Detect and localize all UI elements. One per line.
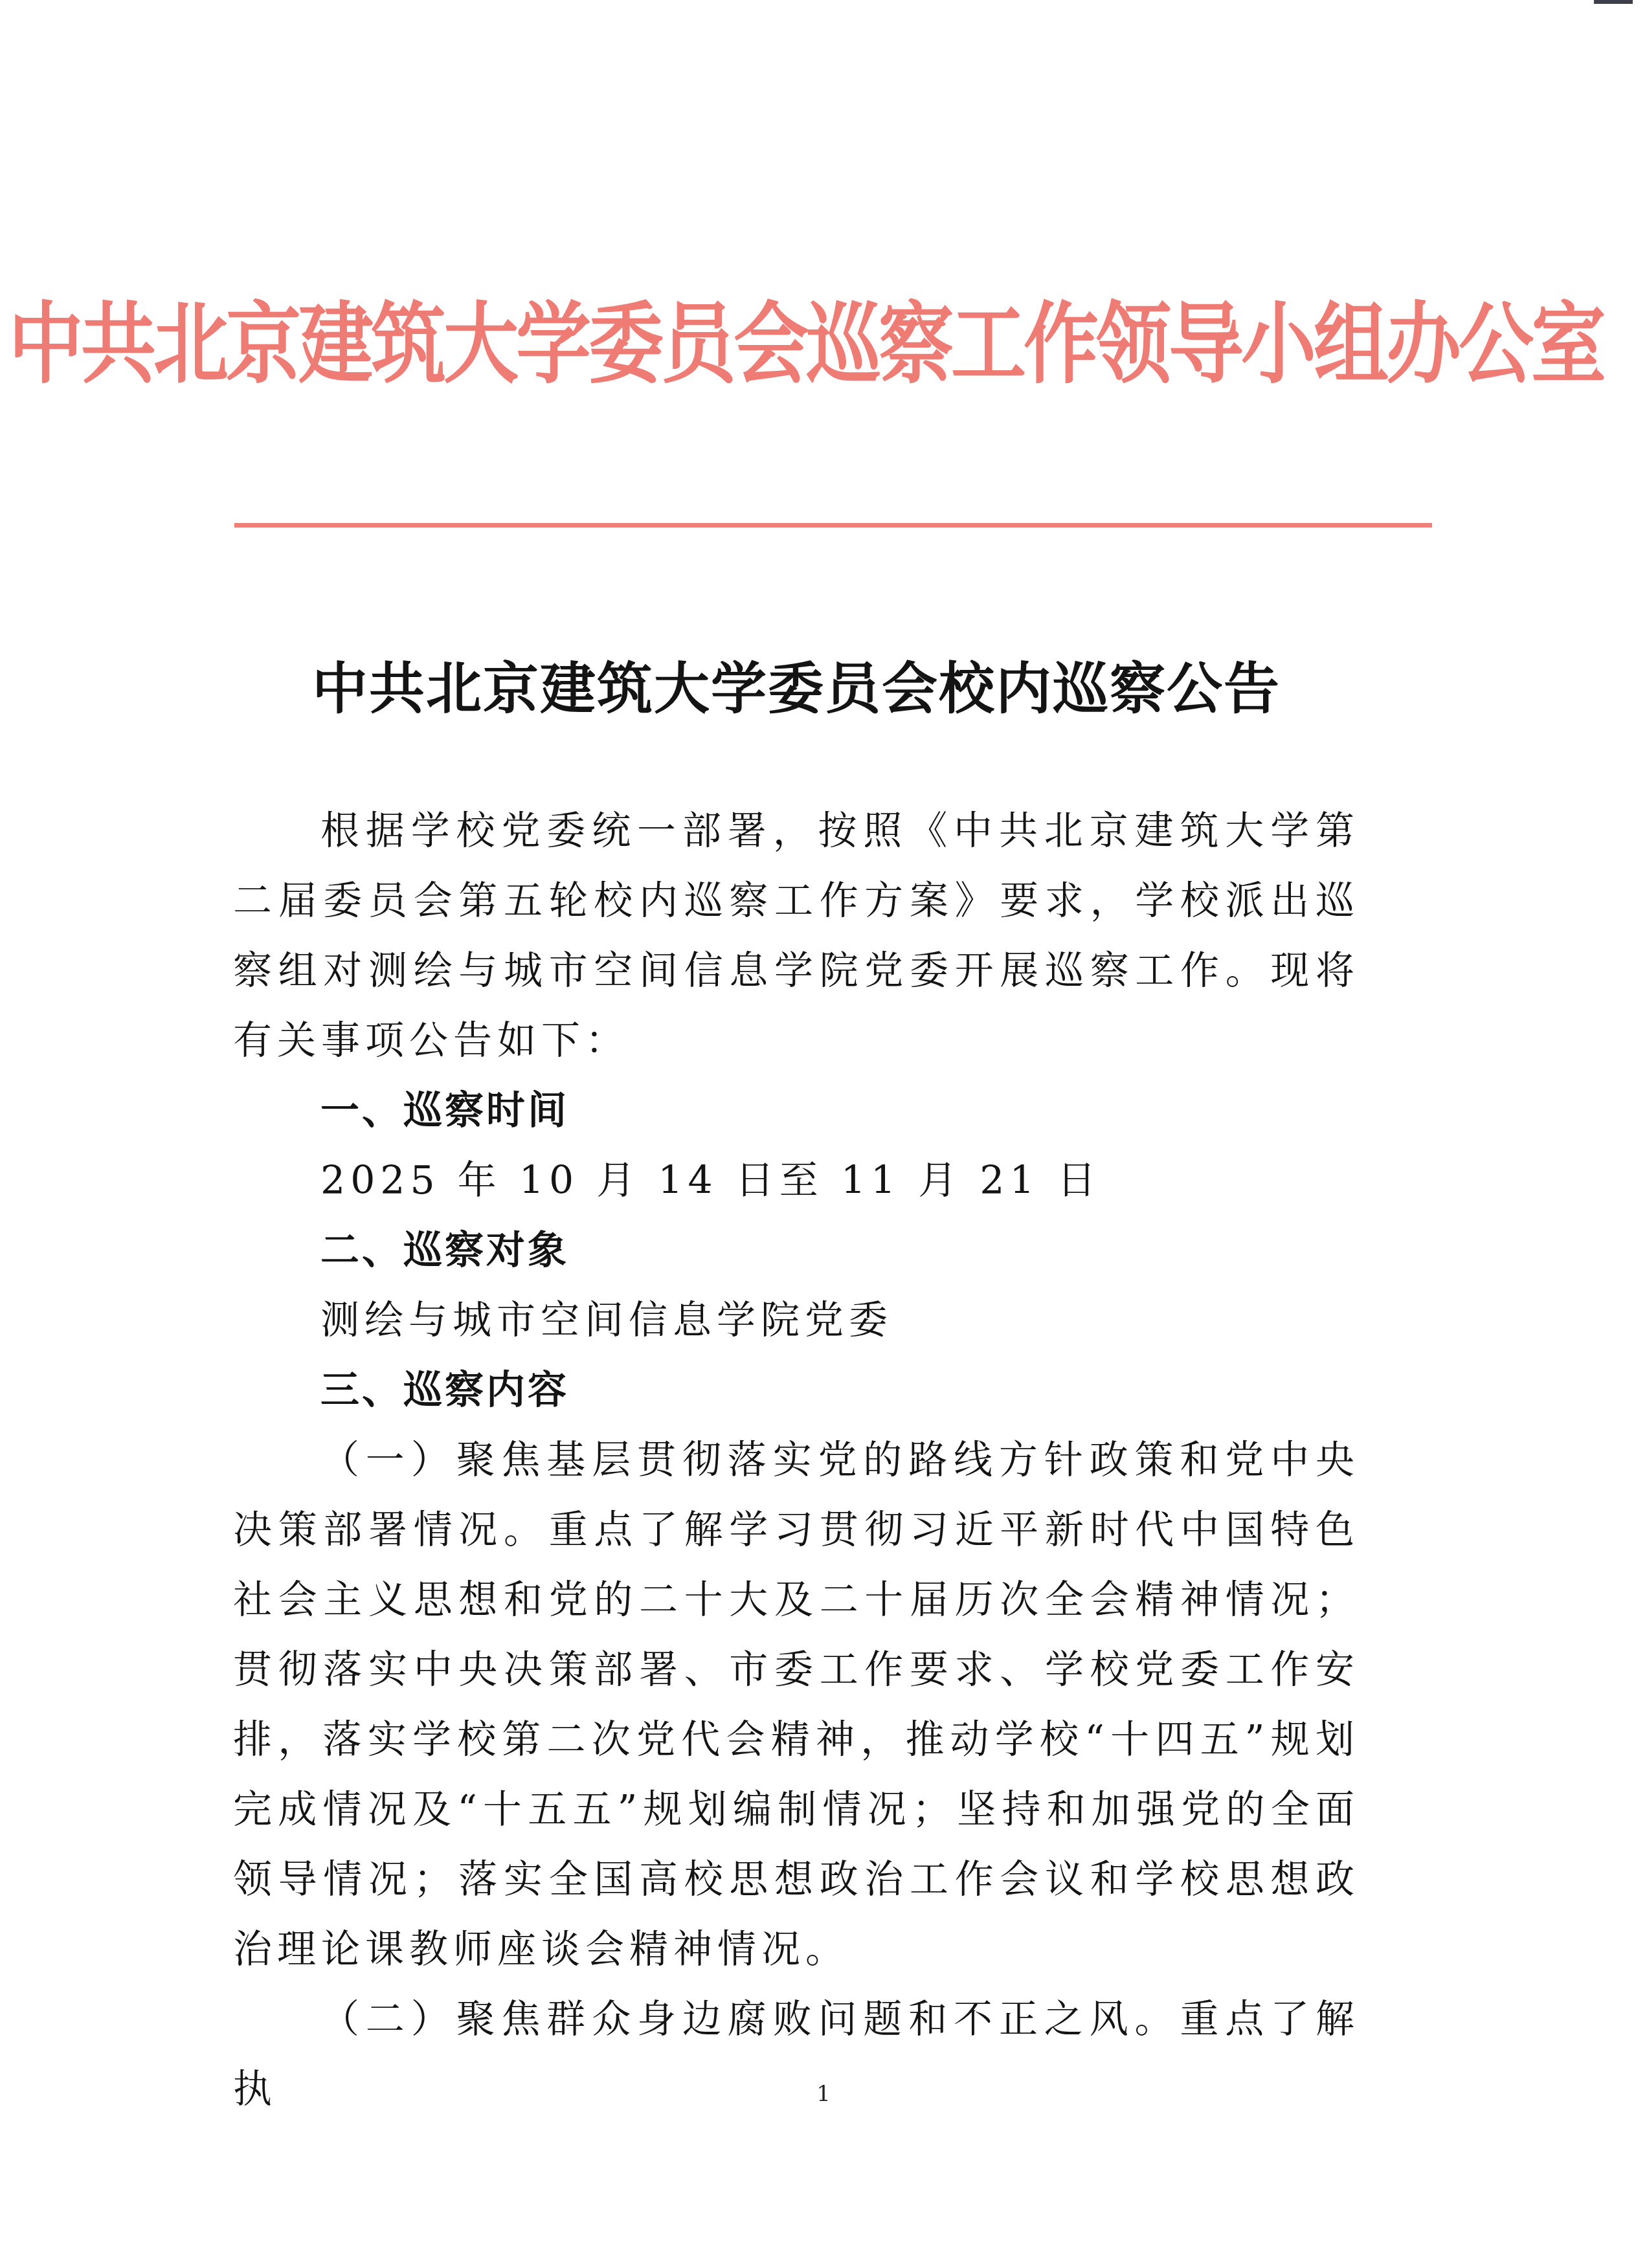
- scan-edge-mark: [1594, 0, 1633, 4]
- content-item-1: （一）聚焦基层贯彻落实党的路线方针政策和党中央决策部署情况。重点了解学习贯彻习近…: [233, 1425, 1360, 1984]
- intro-paragraph: 根据学校党委统一部署，按照《中共北京建筑大学第二届委员会第五轮校内巡察工作方案》…: [233, 796, 1360, 1076]
- issuer-name: 中共北京建筑大学委员会巡察工作领导小组办公室: [8, 272, 1604, 400]
- section-heading-target: 二、巡察对象: [233, 1216, 1360, 1285]
- page-number: 1: [0, 2081, 1647, 2107]
- document-title: 中共北京建筑大学委员会校内巡察公告: [233, 644, 1360, 724]
- section-heading-content: 三、巡察内容: [233, 1355, 1360, 1425]
- letterhead: 中共北京建筑大学委员会巡察工作领导小组办公室: [240, 285, 1372, 388]
- inspection-period: 2025 年 10 月 14 日至 11 月 21 日: [233, 1146, 1360, 1216]
- inspection-target: 测绘与城市空间信息学院党委: [233, 1285, 1360, 1355]
- document-body: 根据学校党委统一部署，按照《中共北京建筑大学第二届委员会第五轮校内巡察工作方案》…: [233, 796, 1360, 2124]
- section-heading-time: 一、巡察时间: [233, 1076, 1360, 1146]
- red-divider-line: [234, 523, 1432, 528]
